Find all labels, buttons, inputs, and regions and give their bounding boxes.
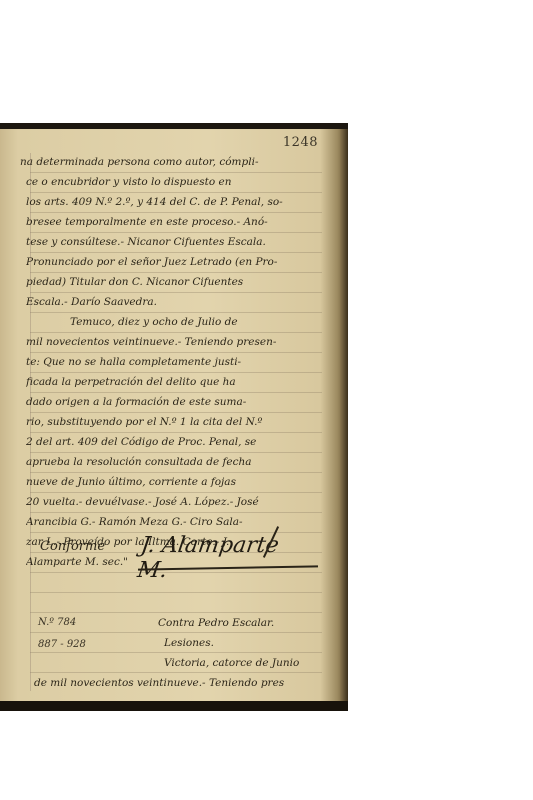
- text-line: ficada la perpetración del delito que ha: [26, 375, 326, 389]
- text-line: 2 del art. 409 del Código de Proc. Penal…: [26, 435, 326, 449]
- text-line: Pronunciado por el señor Juez Letrado (e…: [26, 255, 326, 269]
- text-line: aprueba la resolución consultada de fech…: [26, 455, 326, 469]
- case-offense: Lesiones.: [164, 637, 214, 649]
- text-line: ce o encubridor y visto lo dispuesto en: [26, 175, 326, 189]
- text-line: tese y consúltese.- Nicanor Cifuentes Es…: [26, 235, 326, 249]
- text-line: dado origen a la formación de este suma-: [26, 395, 326, 409]
- text-line: nueve de Junio último, corriente a fojas: [26, 475, 326, 489]
- ledger-page: 1248 na determinada persona como autor, …: [0, 123, 348, 711]
- case-date-line: Victoria, catorce de Junio: [164, 657, 299, 669]
- page-number: 1248: [283, 135, 318, 150]
- text-line: mil novecientos veintinueve.- Teniendo p…: [26, 335, 326, 349]
- text-line: Arancibia G.- Ramón Meza G.- Ciro Sala-: [26, 515, 326, 529]
- text-line: 20 vuelta.- devuélvase.- José A. López.-…: [26, 495, 326, 509]
- text-line: Temuco, diez y ocho de Julio de: [70, 315, 320, 329]
- text-line: piedad) Titular don C. Nicanor Cifuentes: [26, 275, 326, 289]
- text-line: los arts. 409 N.º 2.º, y 414 del C. de P…: [26, 195, 326, 209]
- case-title: Contra Pedro Escalar.: [158, 617, 274, 629]
- text-line: bresee temporalmente en este proceso.- A…: [26, 215, 326, 229]
- text-line: na determinada persona como autor, cómpl…: [20, 155, 320, 169]
- case-folios: 887 - 928: [38, 639, 86, 650]
- conforme-label: Conforme: [40, 539, 105, 554]
- text-line: rio, substituyendo por el N.º 1 la cita …: [26, 415, 326, 429]
- text-line: Escala.- Darío Saavedra.: [26, 295, 326, 309]
- text-line: te: Que no se halla completamente justi-: [26, 355, 326, 369]
- case-continuation-line: de mil novecientos veintinueve.- Teniend…: [34, 677, 284, 689]
- case-number: N.º 784: [38, 617, 76, 628]
